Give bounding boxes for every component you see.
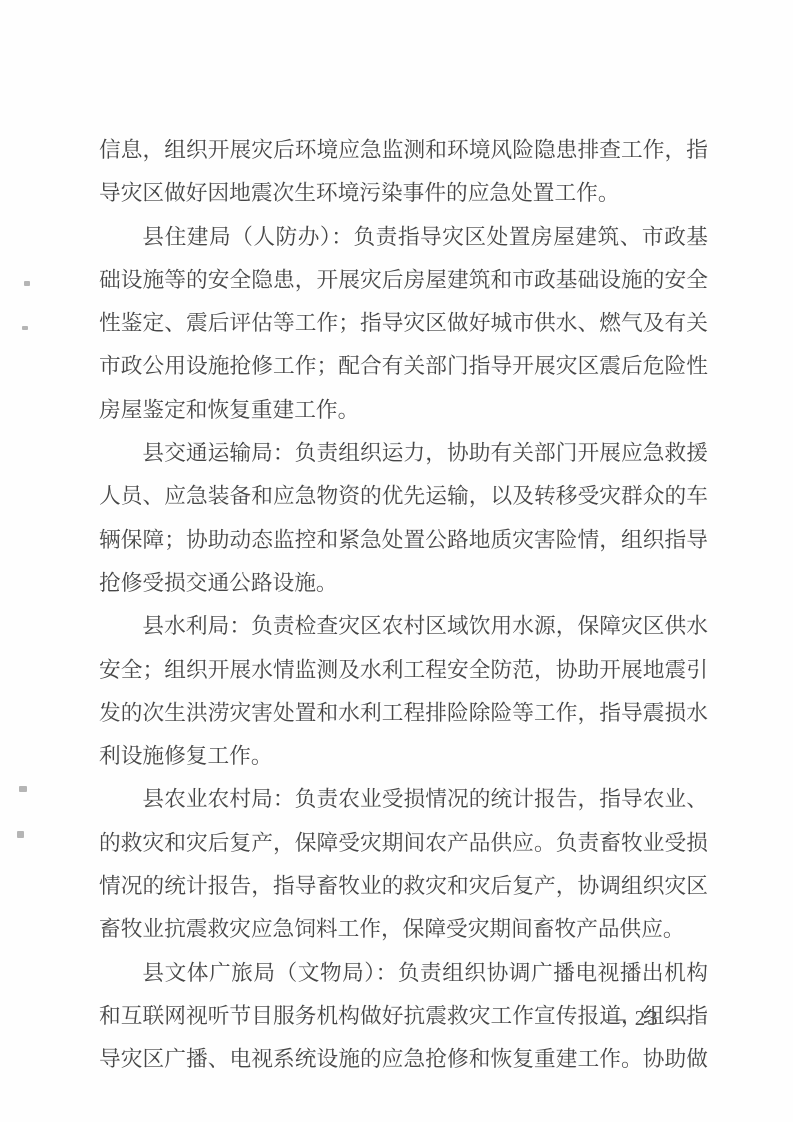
text-line: 的救灾和灾后复产，保障受灾期间农产品供应。负责畜牧业受损 — [99, 822, 708, 865]
text-line: 县文体广旅局（文物局）：负责组织协调广播电视播出机构 — [99, 952, 708, 995]
text-line: 县住建局（人防办）：负责指导灾区处置房屋建筑、市政基 — [99, 216, 708, 259]
text-line: 发的次生洪涝灾害处置和水利工程排险除险等工作，指导震损水 — [99, 692, 708, 735]
document-page: 信息，组织开展灾后环境应急监测和环境风险隐患排查工作，指 导灾区做好因地震次生环… — [0, 0, 793, 1122]
text-line: 信息，组织开展灾后环境应急监测和环境风险隐患排查工作，指 — [99, 129, 708, 172]
text-line: 辆保障；协助动态监控和紧急处置公路地质灾害险情，组织指导 — [99, 519, 708, 562]
text-line: 县交通运输局：负责组织运力，协助有关部门开展应急救援 — [99, 432, 708, 475]
text-line: 安全；组织开展水情监测及水利工程安全防范，协助开展地震引 — [99, 649, 708, 692]
scan-speck — [17, 831, 24, 838]
text-line: 人员、应急装备和应急物资的优先运输，以及转移受灾群众的车 — [99, 475, 708, 518]
text-line: 房屋鉴定和恢复重建工作。 — [99, 389, 708, 432]
text-line: 市政公用设施抢修工作；配合有关部门指导开展灾区震后危险性 — [99, 345, 708, 388]
text-line: 导灾区做好因地震次生环境污染事件的应急处置工作。 — [99, 172, 708, 215]
body-text: 信息，组织开展灾后环境应急监测和环境风险隐患排查工作，指 导灾区做好因地震次生环… — [99, 129, 708, 1082]
text-line: 利设施修复工作。 — [99, 735, 708, 778]
text-line: 性鉴定、震后评估等工作；指导灾区做好城市供水、燃气及有关 — [99, 302, 708, 345]
text-line: 县农业农村局：负责农业受损情况的统计报告，指导农业、 — [99, 778, 708, 821]
text-line: 抢修受损交通公路设施。 — [99, 562, 708, 605]
text-line: 县水利局：负责检查灾区农村区域饮用水源，保障灾区供水 — [99, 605, 708, 648]
scan-speck — [22, 326, 28, 330]
text-line: 础设施等的安全隐患，开展灾后房屋建筑和市政基础设施的安全 — [99, 259, 708, 302]
page-number: — 23 — — [605, 1003, 691, 1033]
text-line: 情况的统计报告，指导畜牧业的救灾和灾后复产，协调组织灾区 — [99, 865, 708, 908]
text-line: 导灾区广播、电视系统设施的应急抢修和恢复重建工作。协助做 — [99, 1038, 708, 1081]
text-line: 畜牧业抗震救灾应急饲料工作，保障受灾期间畜牧产品供应。 — [99, 908, 708, 951]
scan-speck — [24, 281, 30, 286]
scan-speck — [19, 786, 27, 792]
